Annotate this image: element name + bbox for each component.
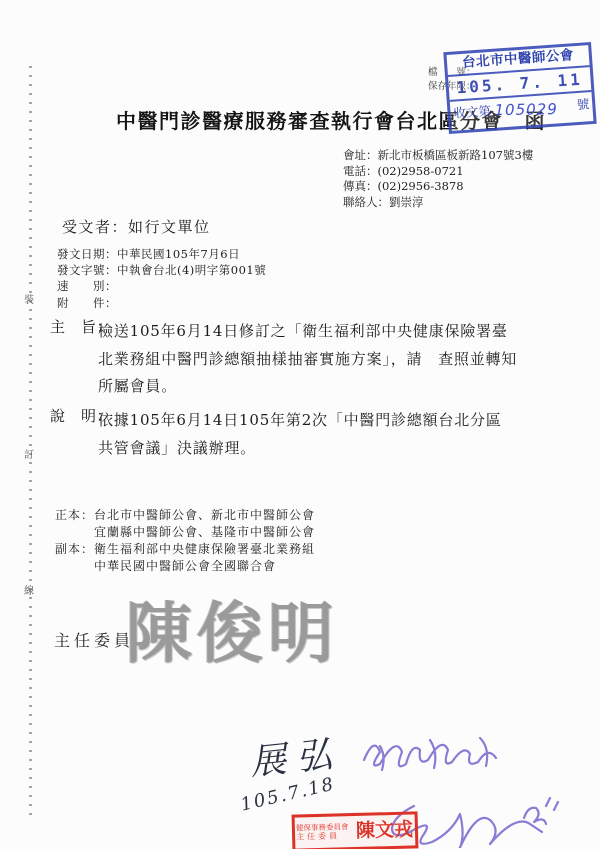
receipt-stamp: 台北市中醫師公會 105. 7. 11 收文第 105029 號 [443, 42, 596, 134]
binding-mark-zhuang: 裝 [24, 295, 34, 308]
attachment-line: 附 件： [57, 295, 266, 311]
receipt-stamp-prefix: 收文第 [453, 103, 492, 121]
binding-mark-xian: 線 [24, 586, 34, 599]
subject-line: 所屬會員。 [98, 373, 517, 401]
copies-line: 正本：台北市中醫師公會、新北市中醫師公會 [55, 507, 315, 524]
signer-name-stamp: 陳俊明 [126, 592, 339, 675]
recipient-line: 受文者：如行文單位 [62, 218, 211, 237]
contact-block: 會址：新北市板橋區板新路107號3樓 電話：(02)2958-0721 傳真：(… [343, 148, 533, 210]
committee-stamp-left: 健保事務委員會 主任委員 [295, 822, 354, 842]
contact-phone: 電話：(02)2958-0721 [343, 164, 533, 180]
committee-stamp-title: 主任委員 [296, 831, 354, 842]
contact-address: 會址：新北市板橋區板新路107號3樓 [343, 148, 533, 164]
binding-dotted-line [29, 66, 32, 816]
copies-line: 宜蘭縣中醫師公會、基隆市中醫師公會 [55, 524, 315, 541]
official-letter-page: 裝 訂 線 檔 號： 保存年限： 台北市中醫師公會 105. 7. 11 收文第… [0, 0, 600, 849]
copies-block: 正本：台北市中醫師公會、新北市中醫師公會 宜蘭縣中醫師公會、基隆市中醫師公會 副… [55, 507, 315, 575]
issue-date-line: 發文日期：中華民國105年7月6日 [57, 246, 266, 262]
subject-line: 檢送105年6月14日修訂之「衛生福利部中央健康保險署臺 [98, 318, 517, 346]
signer-title: 主任委員 [54, 631, 134, 651]
copies-line: 中華民國中醫師公會全國聯合會 [55, 558, 315, 575]
speed-line: 速 別： [57, 278, 266, 294]
copies-line: 副本：衛生福利部中央健康保險署臺北業務組 [55, 541, 315, 558]
explanation-line: 共管會議」決議辦理。 [98, 435, 502, 463]
issue-number-line: 發文字號：中執會台北(4)明字第001號 [57, 262, 266, 278]
explanation-text: 依據105年6月14日105年第2次「中醫門診總額台北分區 共管會議」決議辦理。 [98, 407, 502, 462]
receipt-stamp-handwritten-number: 105029 [494, 100, 558, 120]
subject-text: 檢送105年6月14日修訂之「衛生福利部中央健康保險署臺 北業務組中醫門診總額抽… [98, 318, 517, 401]
contact-fax: 傳真：(02)2956-3878 [343, 179, 533, 195]
receipt-stamp-suffix: 號 [576, 96, 590, 112]
committee-stamp: 健保事務委員會 主任委員 陳文戎 [292, 811, 419, 849]
explanation-line: 依據105年6月14日105年第2次「中醫門診總額台北分區 [98, 407, 502, 435]
meta-block: 發文日期：中華民國105年7月6日 發文字號：中執會台北(4)明字第001號 速… [57, 246, 266, 311]
binding-mark-ding: 訂 [24, 450, 34, 463]
contact-person: 聯絡人：劉崇淳 [343, 195, 533, 211]
subject-line: 北業務組中醫門診總額抽樣抽審實施方案」，請 查照並轉知 [98, 346, 517, 374]
committee-stamp-name: 陳文戎 [354, 818, 416, 843]
